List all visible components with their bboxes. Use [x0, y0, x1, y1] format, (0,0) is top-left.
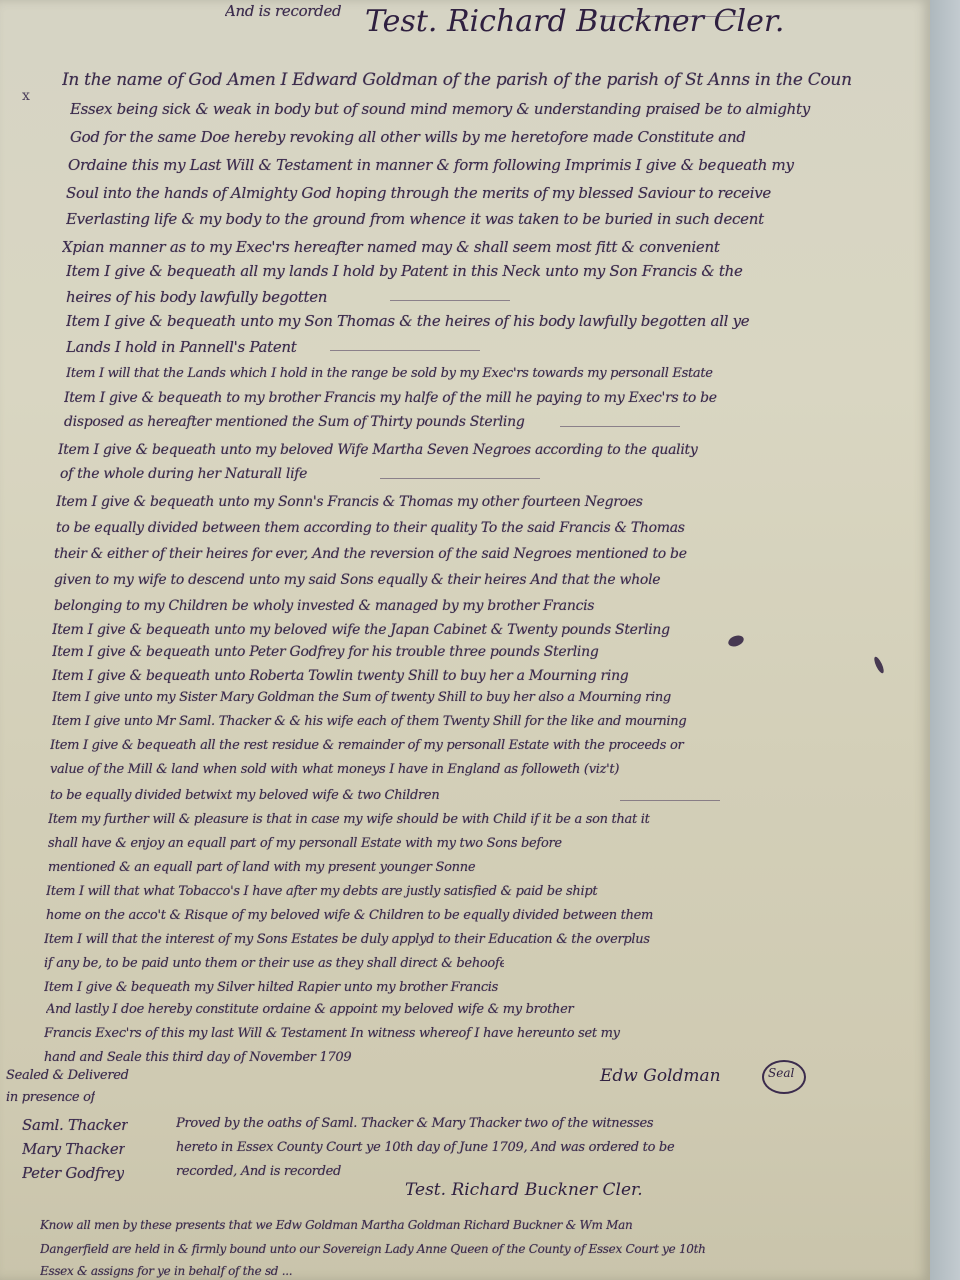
will-line: given to my wife to descend unto my said…	[54, 572, 844, 588]
will-line: belonging to my Children be wholy invest…	[54, 598, 814, 614]
will-line: And lastly I doe hereby constitute ordai…	[46, 1002, 826, 1017]
will-line: Everlasting life & my body to the ground…	[66, 210, 846, 228]
will-line: Item I give & bequeath unto Peter Godfre…	[52, 644, 772, 660]
will-line: if any be, to be paid unto them or their…	[44, 956, 504, 971]
will-line: heires of his body lawfully begotten	[66, 288, 386, 306]
testator-signature: Edw Goldman	[600, 1066, 721, 1086]
will-line: Francis Exec'rs of this my last Will & T…	[44, 1026, 844, 1041]
will-line: to be equally divided between them accor…	[56, 520, 826, 536]
witness-name: Saml. Thacker	[22, 1116, 128, 1134]
seal-label: Seal	[768, 1066, 794, 1080]
probate-line: Proved by the oaths of Saml. Thacker & M…	[176, 1116, 866, 1131]
margin-mark: x	[22, 88, 30, 104]
will-line: Item I give & bequeath all my lands I ho…	[66, 262, 846, 280]
witness-name: Peter Godfrey	[22, 1164, 124, 1182]
will-line: shall have & enjoy an equall part of my …	[48, 836, 828, 851]
will-line: Xpian manner as to my Exec'rs hereafter …	[62, 238, 822, 256]
witness-name: Mary Thacker	[22, 1140, 125, 1158]
will-line: Item I give & bequeath unto my Son Thoma…	[66, 312, 846, 330]
line-filler-rule	[560, 426, 680, 427]
bond-line: Dangerfield are held in & firmly bound u…	[40, 1242, 860, 1256]
will-line: Item I will that the Lands which I hold …	[66, 366, 846, 381]
line-filler-rule	[620, 800, 720, 801]
will-line: Item I give & bequeath unto my beloved W…	[58, 442, 848, 458]
prior-entry-tail: And is recorded	[225, 2, 341, 20]
will-line: hand and Seale this third day of Novembe…	[44, 1050, 464, 1065]
will-line: Item I give & bequeath all the rest resi…	[50, 738, 860, 753]
line-filler-rule	[380, 478, 540, 479]
will-line: Item my further will & pleasure is that …	[48, 812, 858, 827]
will-line: Item I give & bequeath my Silver hilted …	[44, 980, 704, 995]
will-line: Essex being sick & weak in body but of s…	[70, 100, 850, 118]
signature-flourish	[600, 16, 740, 17]
line-filler-rule	[390, 300, 510, 301]
probate-line: hereto in Essex County Court ye 10th day…	[176, 1140, 866, 1155]
ink-blot	[872, 656, 885, 675]
will-line: value of the Mill & land when sold with …	[50, 762, 870, 777]
will-line: home on the acco't & Risque of my belove…	[46, 908, 866, 923]
will-line: Lands I hold in Pannell's Patent	[66, 338, 366, 356]
document-page: And is recorded Test. Richard Buckner Cl…	[0, 0, 930, 1280]
bond-line: Essex & assigns for ye in behalf of the …	[40, 1264, 860, 1278]
line-filler-rule	[330, 350, 480, 351]
will-line: Item I will that the interest of my Sons…	[44, 932, 874, 947]
will-line: God for the same Doe hereby revoking all…	[70, 128, 840, 146]
witness-heading: in presence of	[6, 1090, 95, 1105]
will-line: In the name of God Amen I Edward Goldman…	[62, 70, 852, 90]
will-line: to be equally divided betwixt my beloved…	[50, 788, 610, 803]
will-line: Item I give & bequeath unto Roberta Towl…	[52, 668, 782, 684]
will-line: Item I will that what Tobacco's I have a…	[46, 884, 826, 899]
will-line: Item I give unto Mr Saml. Thacker & & hi…	[52, 714, 822, 729]
will-line: Soul into the hands of Almighty God hopi…	[66, 184, 856, 202]
will-line: Item I give unto my Sister Mary Goldman …	[52, 690, 822, 705]
witness-heading: Sealed & Delivered	[6, 1068, 129, 1083]
will-line: Item I give & bequeath to my brother Fra…	[64, 390, 844, 406]
photo-background-edge	[930, 0, 960, 1280]
will-line: Item I give & bequeath unto my beloved w…	[52, 622, 832, 638]
clerk-signature: Test. Richard Buckner Cler.	[365, 4, 784, 39]
will-line: of the whole during her Naturall life	[60, 466, 380, 482]
bond-line: Know all men by these presents that we E…	[40, 1218, 860, 1232]
will-line: disposed as hereafter mentioned the Sum …	[64, 414, 624, 430]
probate-clerk-signature: Test. Richard Buckner Cler.	[405, 1180, 643, 1200]
will-line: Ordaine this my Last Will & Testament in…	[68, 156, 848, 174]
will-line: Item I give & bequeath unto my Sonn's Fr…	[56, 494, 826, 510]
will-line: their & either of their heires for ever,…	[54, 546, 834, 562]
probate-line: recorded, And is recorded	[176, 1164, 476, 1179]
will-line: mentioned & an equall part of land with …	[48, 860, 668, 875]
